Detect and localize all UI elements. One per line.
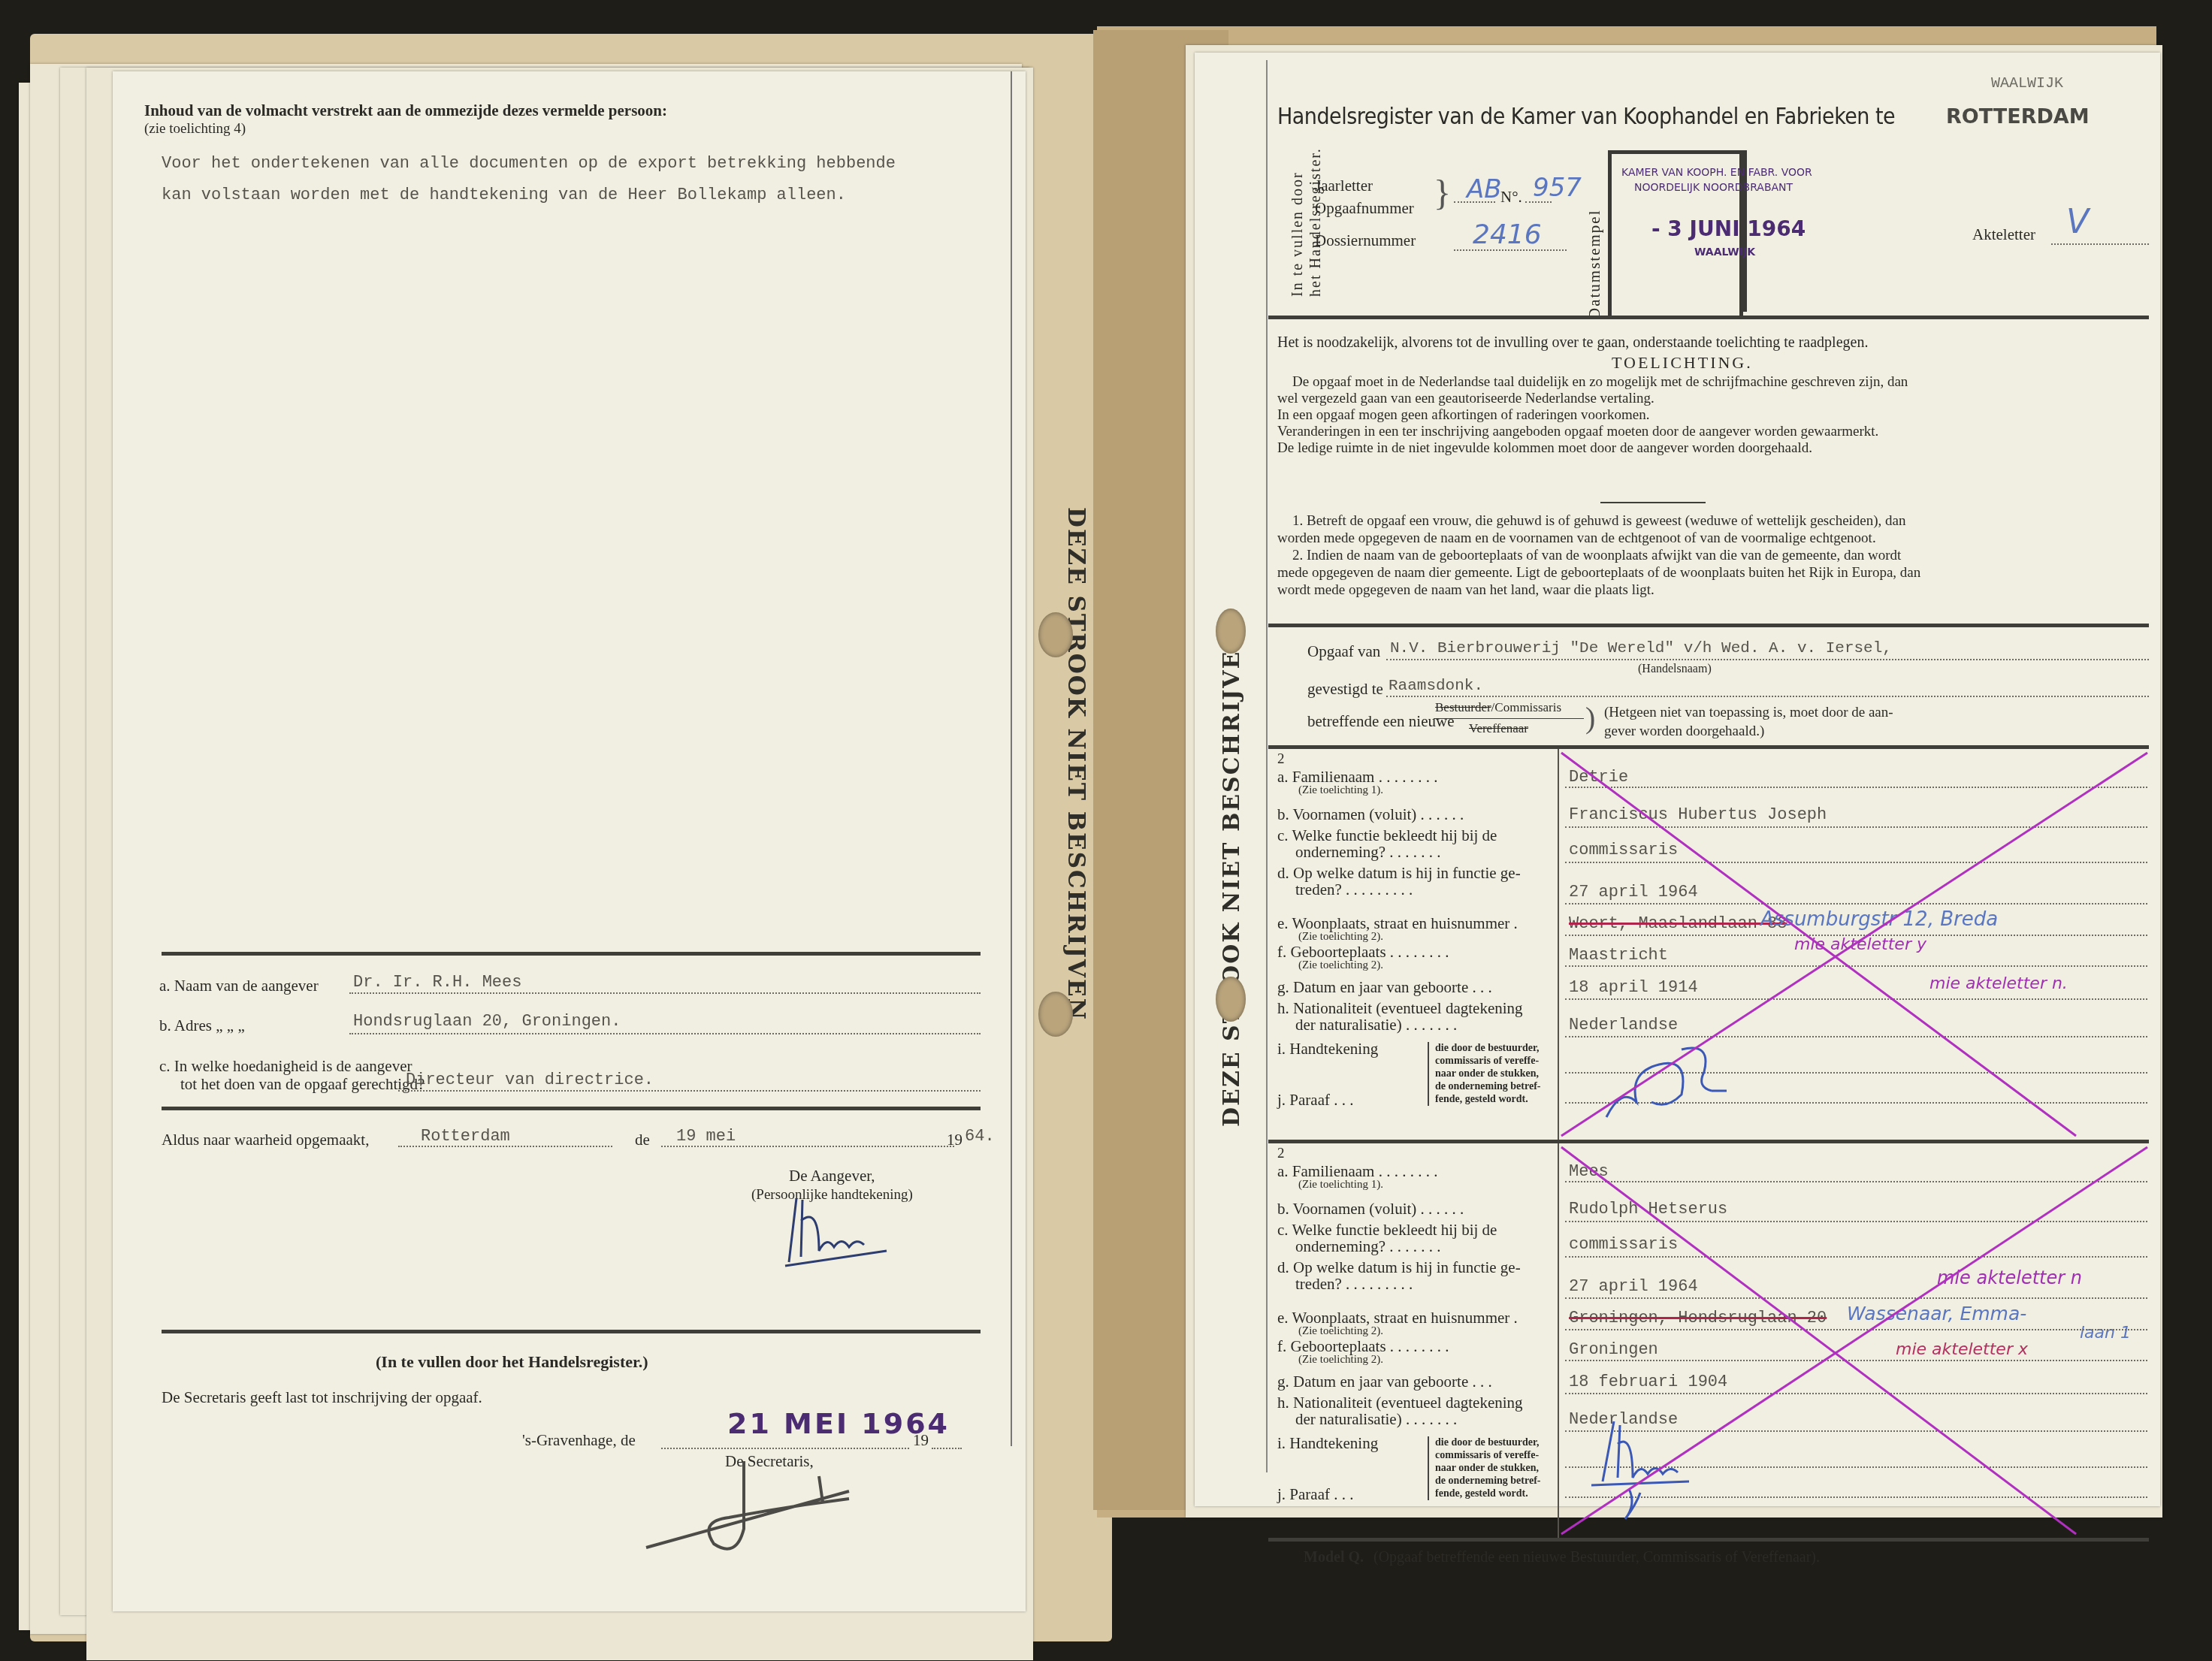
label-functie-2: onderneming? . . . . . . . — [1295, 843, 1441, 862]
gevestigd-label: gevestigd te — [1307, 680, 1383, 699]
label-handtekening: i. Handtekening — [1277, 1040, 1378, 1059]
dotted-line — [661, 1448, 909, 1449]
option-vereffenaar: Vereffenaar — [1469, 721, 1528, 736]
label-voornamen: b. Voornamen (voluit) . . . . . . — [1277, 805, 1464, 824]
brace-line: commissaris of vereffe- — [1435, 1055, 1541, 1068]
akteletter-value: V — [2066, 203, 2089, 241]
volmacht-text-line-1: Voor het ondertekenen van alle documente… — [162, 154, 896, 173]
aldus-place: Rotterdam — [421, 1127, 510, 1146]
note-line: 2. Indien de naam van de geboorteplaats … — [1277, 547, 2149, 564]
gevestigd-value: Raamsdonk. — [1389, 678, 1483, 695]
side-label-line-2: het Handelsregister. — [1307, 147, 1325, 297]
handelsnaam-caption: (Handelsnaam) — [1638, 663, 1712, 676]
toelichting-title: TOELICHTING. — [1612, 353, 1753, 373]
label-geboortedatum: g. Datum en jaar van geboorte . . . — [1277, 978, 1492, 997]
stamp-line-2: NOORDELIJK NOORDBRABANT — [1634, 182, 1793, 194]
aangever-name-value: Dr. Ir. R.H. Mees — [353, 973, 521, 992]
dotted-line — [1454, 201, 1495, 203]
right-document-page: WAALWIJK Handelsregister van de Kamer va… — [1195, 53, 2160, 1506]
aangever-capacity-label-2: tot het doen van de opgaaf gerechtigd? — [180, 1075, 425, 1094]
opgaaf-value: N.V. Bierbrouwerij "De Wereld" v/h Wed. … — [1390, 640, 1892, 657]
dotted-line — [349, 992, 981, 994]
label-familienaam-sub: (Zie toelichting 1). — [1298, 784, 1383, 797]
binder-hole — [1038, 612, 1073, 657]
strip-divider — [1011, 71, 1012, 1446]
label-paraaf: j. Paraaf . . . — [1277, 1485, 1353, 1504]
dotted-line — [1454, 249, 1567, 251]
handelsregister-heading: (In te vullen door het Handelsregister.) — [376, 1352, 648, 1372]
label-voornamen: b. Voornamen (voluit) . . . . . . — [1277, 1200, 1464, 1219]
brace-icon: } — [1434, 173, 1451, 214]
binder-hole — [1038, 992, 1073, 1037]
aangever-signature-title: De Aangever, — [789, 1167, 875, 1185]
aldus-year-suffix: 64. — [965, 1127, 995, 1146]
number-label: N°. — [1500, 188, 1522, 207]
toelichting-notes: 1. Betreft de opgaaf een vrouw, die gehu… — [1277, 512, 2149, 599]
secretaris-signature-icon — [639, 1454, 864, 1566]
toelichting-line: De opgaaf moet in de Nederlandse taal du… — [1277, 374, 2149, 391]
brace-line: die door de bestuurder, — [1435, 1436, 1541, 1449]
register-city: ROTTERDAM — [1946, 105, 2090, 128]
dossiernummer-value: 2416 — [1473, 219, 1542, 250]
fraction-rule — [1434, 718, 1584, 719]
brace-line: commissaris of vereffe- — [1435, 1449, 1541, 1462]
dotted-line — [1386, 659, 2149, 660]
binder-hole — [1216, 977, 1246, 1022]
note-line: worden mede opgegeven de naam en de voor… — [1277, 530, 2149, 547]
model-label: Model Q. — [1304, 1549, 1364, 1566]
aangever-address-label: b. Adres „ „ „ — [159, 1016, 245, 1035]
side-label: In te vullen door het Handelsregister. — [1289, 147, 1325, 297]
dotted-line — [661, 1146, 954, 1147]
opgaafnummer-value: 957 — [1533, 173, 1582, 203]
left-document-page: Inhoud van de volmacht verstrekt aan de … — [113, 71, 1026, 1611]
section-rule — [162, 952, 981, 956]
label-woonplaats-sub: (Zie toelichting 2). — [1298, 931, 1383, 944]
aldus-label: Aldus naar waarheid opgemaakt, — [162, 1131, 369, 1149]
opgaaf-label: Opgaaf van — [1307, 642, 1380, 661]
binder-hole — [1216, 609, 1246, 654]
toelichting-line: wel vergezeld gaan van een geautoriseerd… — [1277, 391, 2149, 407]
side-label-line-1: In te vullen door — [1289, 147, 1307, 297]
note-line: wordt mede opgegeven de naam van het lan… — [1277, 581, 2149, 599]
aangever-address-value: Hondsruglaan 20, Groningen. — [353, 1012, 621, 1031]
label-paraaf: j. Paraaf . . . — [1277, 1091, 1353, 1110]
dotted-line — [2051, 243, 2149, 245]
aangever-capacity-value: Directeur van directrice. — [406, 1071, 654, 1089]
brace-line: fende, gesteld wordt. — [1435, 1487, 1541, 1500]
label-nationaliteit-2: der naturalisatie) . . . . . . . — [1295, 1410, 1457, 1429]
brace-line: de onderneming betref- — [1435, 1475, 1541, 1487]
short-rule — [1600, 502, 1706, 503]
aangever-signature-icon — [774, 1191, 902, 1273]
toelichting-line: De ledige ruimte in de niet ingevulde ko… — [1277, 440, 2149, 457]
person-entry-2: 2 a. Familienaam . . . . . . . . (Zie to… — [1268, 1143, 2149, 1538]
dossiernummer-label: Dossiernummer — [1315, 231, 1416, 250]
brace-note: die door de bestuurder, commissaris of v… — [1428, 1436, 1541, 1500]
entry-number: 2 — [1277, 1146, 1285, 1162]
label-familienaam-sub: (Zie toelichting 1). — [1298, 1179, 1383, 1191]
volmacht-subheading: (zie toelichting 4) — [144, 121, 246, 137]
toelichting-body: De opgaaf moet in de Nederlandse taal du… — [1277, 374, 2149, 457]
akteletter-label: Akteletter — [1972, 225, 2035, 244]
entry-number: 2 — [1277, 751, 1285, 768]
option-commissaris: /Commissaris — [1491, 700, 1562, 714]
betreffende-note-1: (Hetgeen niet van toepassing is, moet do… — [1604, 705, 1893, 721]
label-woonplaats-sub: (Zie toelichting 2). — [1298, 1325, 1383, 1338]
aldus-year-prefix: 19 — [947, 1131, 962, 1149]
brace-line: naar onder de stukken, — [1435, 1068, 1541, 1080]
gravenhage-year-prefix: 19 — [913, 1431, 929, 1450]
note-line: mede opgegeven de naam dier gemeente. Li… — [1277, 564, 2149, 581]
brace-line: naar onder de stukken, — [1435, 1462, 1541, 1475]
dotted-line — [1525, 201, 1552, 203]
label-datum-2: treden? . . . . . . . . . — [1295, 1275, 1413, 1294]
label-geboorteplaats-sub: (Zie toelichting 2). — [1298, 959, 1383, 972]
label-handtekening: i. Handtekening — [1277, 1434, 1378, 1453]
gravenhage-label: 's-Gravenhage, de — [522, 1431, 636, 1450]
secretaris-instruction: De Secretaris geeft last tot inschrijvin… — [162, 1388, 482, 1407]
cross-out-mark-icon — [1558, 749, 2149, 1140]
stamp-date: - 3 JUNI 1964 — [1651, 216, 1806, 241]
section-rule — [1268, 316, 2149, 319]
betreffende-note-2: gever worden doorgehaald.) — [1604, 723, 1764, 740]
right-strip-notice: DEZE STROOK NIET BESCHRIJVEN. — [1219, 621, 1245, 1127]
section-rule — [162, 1107, 981, 1110]
strip-divider — [1266, 60, 1268, 1472]
dotted-line — [398, 1146, 612, 1147]
brace-line: fende, gesteld wordt. — [1435, 1093, 1541, 1106]
volmacht-text-line-2: kan volstaan worden met de handtekening … — [162, 186, 846, 204]
brace-note: die door de bestuurder, commissaris of v… — [1428, 1042, 1541, 1106]
section-rule — [1268, 1538, 2149, 1542]
model-footer: Model Q. (Opgaaf betreffende een nieuwe … — [1304, 1549, 1820, 1566]
brace-line: die door de bestuurder, — [1435, 1042, 1541, 1055]
option-bestuurder-struck: Bestuurder — [1435, 700, 1491, 714]
toelichting-line: Veranderingen in een ter inschrijving aa… — [1277, 424, 2149, 440]
aldus-de-label: de — [635, 1131, 650, 1149]
stamp-line-1: KAMER VAN KOOPH. EN FABR. VOOR — [1621, 167, 1812, 179]
datumstempel-label: Datumstempel — [1585, 210, 1604, 319]
label-datum-2: treden? . . . . . . . . . — [1295, 880, 1413, 899]
label-geboorteplaats-sub: (Zie toelichting 2). — [1298, 1354, 1383, 1367]
toelichting-line: In een opgaaf mogen geen afkortingen of … — [1277, 407, 2149, 424]
aangever-capacity-label-1: c. In welke hoedanigheid is de aangever — [159, 1057, 412, 1076]
label-geboortedatum: g. Datum en jaar van geboorte . . . — [1277, 1373, 1492, 1391]
brace-icon: ) — [1585, 700, 1595, 735]
jaarletter-label: Jaarletter — [1315, 177, 1373, 195]
note-line: 1. Betreft de opgaaf een vrouw, die gehu… — [1277, 512, 2149, 530]
cross-out-mark-icon — [1558, 1143, 2149, 1538]
brace-line: de onderneming betref- — [1435, 1080, 1541, 1093]
dotted-line — [932, 1448, 962, 1449]
label-nationaliteit-2: der naturalisatie) . . . . . . . — [1295, 1016, 1457, 1034]
aldus-date: 19 mei — [676, 1127, 736, 1146]
model-description: (Opgaaf betreffende een nieuwe Bestuurde… — [1373, 1549, 1820, 1566]
corner-typed-place: WAALWIJK — [1991, 75, 2063, 92]
betreffende-label: betreffende een nieuwe — [1307, 712, 1455, 731]
dotted-line — [1386, 696, 2149, 697]
stamp-place: WAALWIJK — [1694, 246, 1755, 258]
label-functie-2: onderneming? . . . . . . . — [1295, 1237, 1441, 1256]
option-bestuurder: Bestuurder/Commissaris — [1435, 700, 1561, 715]
dotted-line — [398, 1090, 981, 1092]
aangever-name-label: a. Naam van de aangever — [159, 977, 319, 995]
opgaafnummer-label: Opgaafnummer — [1315, 199, 1414, 218]
volmacht-heading: Inhoud van de volmacht verstrekt aan de … — [144, 101, 667, 120]
person-entry-1: 2 a. Familienaam . . . . . . . . (Zie to… — [1268, 749, 2149, 1140]
notice-text: Het is noodzakelijk, alvorens tot de inv… — [1277, 334, 1868, 352]
section-rule — [162, 1330, 981, 1333]
register-title: Handelsregister van de Kamer van Koophan… — [1277, 104, 1895, 130]
section-rule — [1268, 624, 2149, 627]
jaarletter-value: AB — [1467, 174, 1502, 204]
left-strip-notice: DEZE STROOK NIET BESCHRIJVEN — [1062, 507, 1089, 1021]
dotted-line — [349, 1033, 981, 1034]
